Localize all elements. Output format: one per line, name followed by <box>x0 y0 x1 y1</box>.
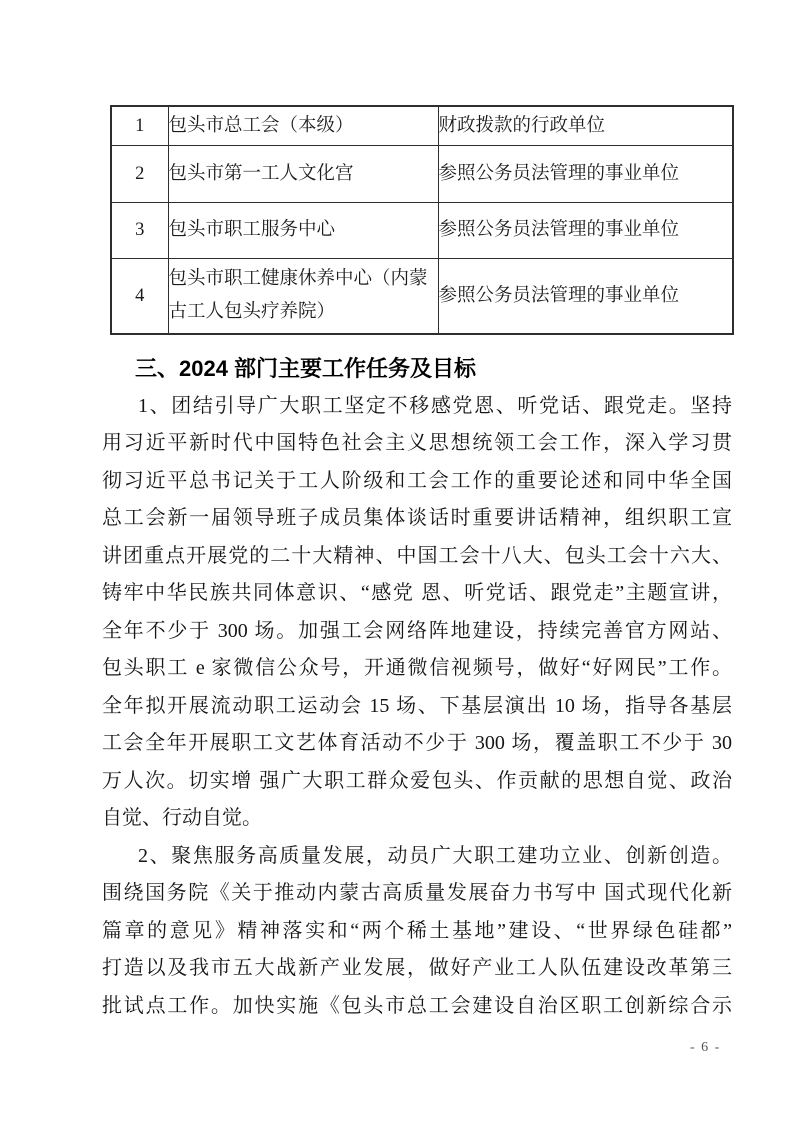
paragraph-2: 2、聚焦服务高质量发展，动员广大职工建功立业、创新创造。围绕国务院《关于推动内蒙… <box>102 838 732 1026</box>
table-row: 2 包头市第一工人文化宫 参照公务员法管理的事业单位 <box>111 146 733 203</box>
cell-row-number: 2 <box>111 146 168 203</box>
body-line: 篇章的意见》精神落实和“两个稀土基地”建设、“世界绿色硅都” <box>102 913 732 951</box>
body-line: 总工会新一届领导班子成员集体谈话时重要讲话精神，组织职工宣 <box>102 500 732 538</box>
cell-row-number: 3 <box>111 203 168 259</box>
org-table: 1 包头市总工会（本级） 财政拨款的行政单位 2 包头市第一工人文化宫 参照公务… <box>110 105 734 335</box>
section-heading: 三、2024 部门主要工作任务及目标 <box>102 350 732 388</box>
table-row: 3 包头市职工服务中心 参照公务员法管理的事业单位 <box>111 203 733 259</box>
body-line: 铸牢中华民族共同体意识、“感党 恩、听党话、跟党走”主题宣讲， <box>102 575 732 613</box>
body-line: 批试点工作。加快实施《包头市总工会建设自治区职工创新综合示 <box>102 988 732 1026</box>
section-body: 三、2024 部门主要工作任务及目标 1、团结引导广大职工坚定不移感党恩、听党话… <box>102 350 732 1025</box>
cell-row-number: 4 <box>111 259 168 335</box>
body-line: 2、聚焦服务高质量发展，动员广大职工建功立业、创新创造。 <box>102 838 732 876</box>
cell-unit-type: 参照公务员法管理的事业单位 <box>438 259 733 335</box>
paragraph-1: 1、团结引导广大职工坚定不移感党恩、听党话、跟党走。坚持用习近平新时代中国特色社… <box>102 388 732 838</box>
body-line: 包头职工 e 家微信公众号，开通微信视频号，做好“好网民”工作。 <box>102 650 732 688</box>
body-line: 全年不少于 300 场。加强工会网络阵地建设，持续完善官方网站、 <box>102 613 732 651</box>
document-page: 1 包头市总工会（本级） 财政拨款的行政单位 2 包头市第一工人文化宫 参照公务… <box>0 0 794 1123</box>
body-line: 万人次。切实增 强广大职工群众爱包头、作贡献的思想自觉、政治 <box>102 763 732 801</box>
body-line: 工会全年开展职工文艺体育活动不少于 300 场，覆盖职工不少于 30 <box>102 725 732 763</box>
cell-unit-type: 参照公务员法管理的事业单位 <box>438 203 733 259</box>
cell-unit-name: 包头市总工会（本级） <box>168 106 438 146</box>
table-row: 4 包头市职工健康休养中心（内蒙古工人包头疗养院） 参照公务员法管理的事业单位 <box>111 259 733 335</box>
body-line: 讲团重点开展党的二十大精神、中国工会十八大、包头工会十六大、 <box>102 538 732 576</box>
cell-unit-name: 包头市职工服务中心 <box>168 203 438 259</box>
body-line: 自觉、行动自觉。 <box>102 800 732 838</box>
page-number: - 6 - <box>690 1040 721 1056</box>
body-line: 打造以及我市五大战新产业发展，做好产业工人队伍建设改革第三 <box>102 950 732 988</box>
body-line: 用习近平新时代中国特色社会主义思想统领工会工作，深入学习贯 <box>102 425 732 463</box>
table-row: 1 包头市总工会（本级） 财政拨款的行政单位 <box>111 106 733 146</box>
body-line: 1、团结引导广大职工坚定不移感党恩、听党话、跟党走。坚持 <box>102 388 732 426</box>
cell-unit-name: 包头市第一工人文化宫 <box>168 146 438 203</box>
cell-unit-type: 财政拨款的行政单位 <box>438 106 733 146</box>
org-table-body: 1 包头市总工会（本级） 财政拨款的行政单位 2 包头市第一工人文化宫 参照公务… <box>111 106 733 334</box>
cell-row-number: 1 <box>111 106 168 146</box>
body-line: 围绕国务院《关于推动内蒙古高质量发展奋力书写中 国式现代化新 <box>102 875 732 913</box>
cell-unit-name: 包头市职工健康休养中心（内蒙古工人包头疗养院） <box>168 259 438 335</box>
body-line: 彻习近平总书记关于工人阶级和工会工作的重要论述和同中华全国 <box>102 463 732 501</box>
cell-unit-type: 参照公务员法管理的事业单位 <box>438 146 733 203</box>
body-line: 全年拟开展流动职工运动会 15 场、下基层演出 10 场，指导各基层 <box>102 688 732 726</box>
